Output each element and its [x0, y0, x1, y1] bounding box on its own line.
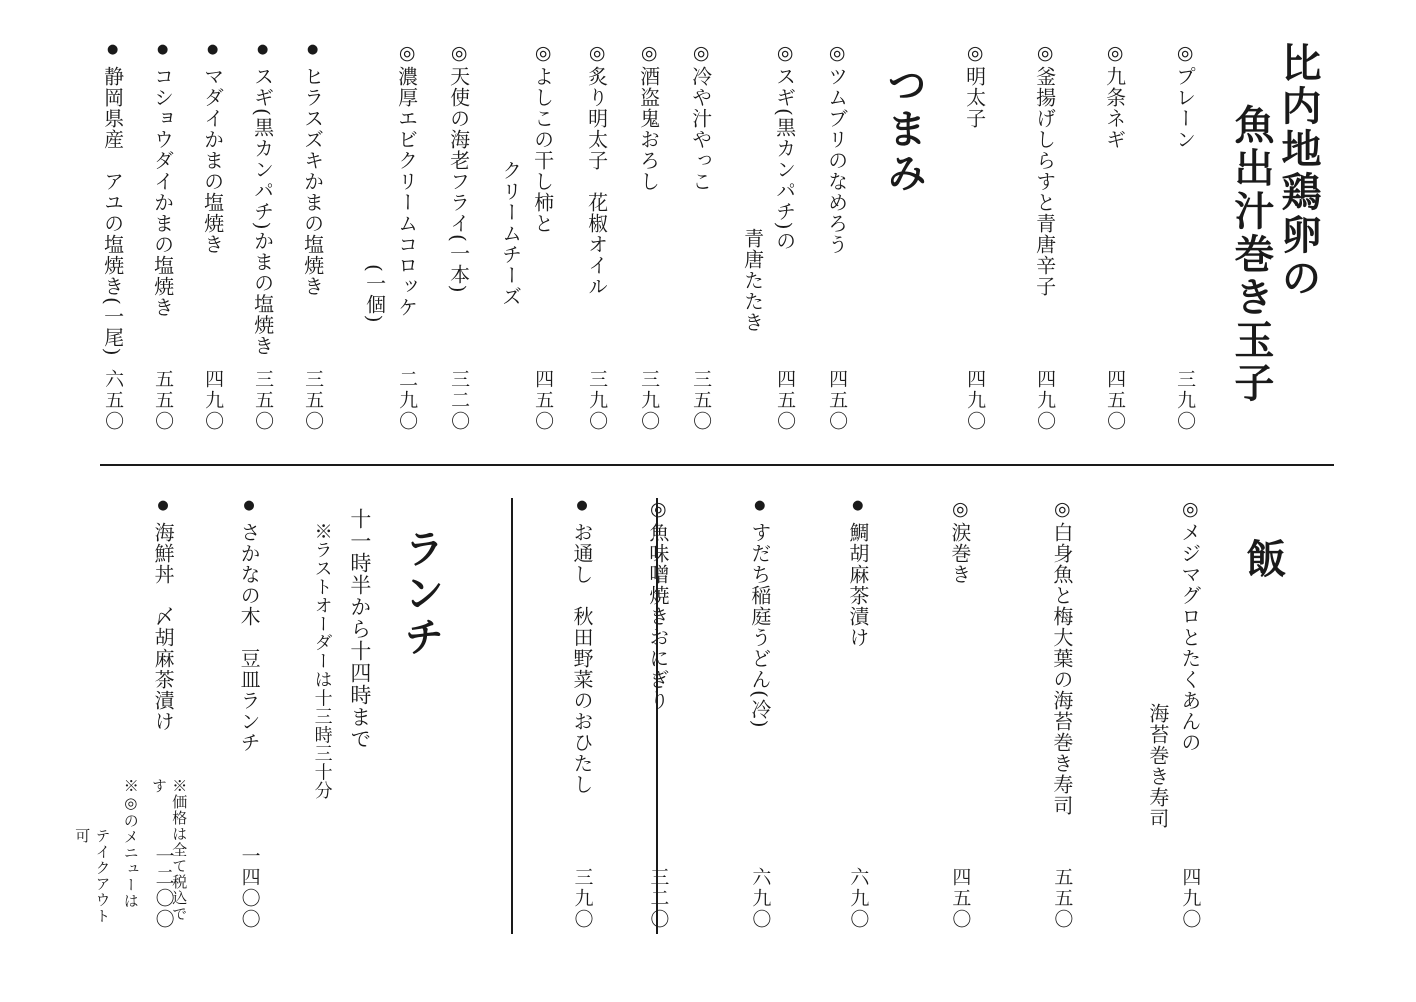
section-header-lunch: ランチ: [397, 498, 445, 930]
menu-page: 比内地鶏卵の 魚出汁巻き玉子 ◎ プレーン 三九〇 ◎ 九条ネギ 四五〇 ◎ 釜…: [0, 0, 1416, 1002]
item-name: 魚味噌焼きおにぎり: [645, 522, 671, 711]
menu-item: ◎ 白身魚と梅大葉の海苔巻き寿司 五五〇: [1049, 498, 1075, 930]
item-name: 涙巻き: [947, 522, 973, 585]
menu-item: ◎ ツムブリのなめろう 四五〇: [824, 42, 850, 432]
item-name: 天使の海老フライ(一本): [446, 66, 472, 294]
menu-item: ● スギ(黒カンパチ)かまの塩焼き 三五〇: [250, 42, 276, 432]
item-line: ● コショウダイかまの塩焼き 五五〇: [150, 42, 176, 432]
item-price: 二九〇: [397, 369, 416, 432]
item-price: 四九〇: [965, 369, 984, 432]
item-line: ◎ 酒盗鬼おろし 三九〇: [636, 42, 662, 432]
item-price: 六五〇: [103, 369, 122, 432]
double-circle-icon: ◎: [965, 42, 984, 66]
item-line: ● マダイかまの塩焼き 四九〇: [200, 42, 226, 432]
takeout-note-line2: テイクアウト可: [72, 778, 113, 936]
item-name: よしこの干し柿と: [530, 66, 556, 234]
bullet-icon: ●: [576, 498, 589, 522]
item-price: 三五〇: [253, 369, 272, 432]
bullet-icon: ●: [306, 42, 319, 66]
item-price: 四九〇: [1035, 369, 1054, 432]
menu-item: ◎ 魚味噌焼きおにぎり 三二〇: [645, 498, 671, 930]
item-name: すだち稲庭うどん(冷): [747, 522, 773, 729]
item-name: さかなの木 豆皿ランチ: [236, 522, 262, 753]
item-name: 九条ネギ: [1102, 66, 1128, 150]
horizontal-divider: [100, 464, 1334, 466]
item-line: ◎ 白身魚と梅大葉の海苔巻き寿司 五五〇: [1049, 498, 1075, 930]
double-circle-icon: ◎: [1105, 42, 1124, 66]
item-name: ヒラスズキかまの塩焼き: [300, 66, 326, 297]
menu-item: ◎ 涙巻き 四五〇: [947, 498, 973, 930]
bullet-icon: ●: [156, 42, 169, 66]
item-price: 五五〇: [153, 369, 172, 432]
menu-item: ◎ 濃厚エビクリームコロッケ 二九〇 (一個): [362, 42, 420, 432]
item-price: 三五〇: [691, 369, 710, 432]
section-header-tsumami: つまみ: [880, 42, 928, 432]
item-price: 六九〇: [750, 867, 769, 930]
item-line: ◎ 涙巻き 四五〇: [947, 498, 973, 930]
item-name: 明太子: [962, 66, 988, 129]
lunch-last-order-note: ※ラストオーダーは十三時三十分: [310, 498, 333, 930]
bullet-icon: ●: [157, 498, 170, 522]
item-name: 炙り明太子 花椒オイル: [584, 66, 610, 297]
item-line: ● スギ(黒カンパチ)かまの塩焼き 三五〇: [250, 42, 276, 432]
menu-item: ◎ 釜揚げしらすと青唐辛子 四九〇: [1032, 42, 1058, 432]
item-line: ● お通し 秋田野菜のおひたし 三九〇: [569, 498, 595, 930]
menu-item: ● コショウダイかまの塩焼き 五五〇: [150, 42, 176, 432]
item-price: 四五〇: [1105, 369, 1124, 432]
item-name-line2: クリームチーズ: [498, 42, 524, 432]
double-circle-icon: ◎: [1180, 498, 1199, 522]
item-line: ◎ 魚味噌焼きおにぎり 三二〇: [645, 498, 671, 930]
item-line: ◎ 明太子 四九〇: [962, 42, 988, 432]
double-circle-icon: ◎: [648, 498, 667, 522]
double-circle-icon: ◎: [397, 42, 416, 66]
item-name-line2: 青唐たたき: [740, 42, 766, 432]
vertical-divider-left: [511, 498, 513, 934]
item-line: ◎ スギ(黒カンパチ)の 四五〇: [772, 42, 798, 432]
item-line: ◎ 冷や汁やっこ 三五〇: [688, 42, 714, 432]
lunch-hours: 十一時半から十四時まで: [347, 498, 373, 930]
item-name: 海鮮丼 〆胡麻茶漬け: [150, 522, 176, 732]
section-otoshi: ● お通し 秋田野菜のおひたし 三九〇: [569, 498, 595, 930]
double-circle-icon: ◎: [639, 42, 658, 66]
item-price: 三九〇: [587, 369, 606, 432]
item-name: マダイかまの塩焼き: [200, 66, 226, 255]
item-price: 四五〇: [533, 369, 552, 432]
item-price: 四五〇: [950, 867, 969, 930]
section-meshi: 飯 ◎ メジマグロとたくあんの 四九〇 海苔巻き寿司 ◎ 白身魚と梅大葉の海苔巻…: [645, 498, 1320, 930]
bullet-icon: ●: [753, 498, 766, 522]
menu-item: ◎ 炙り明太子 花椒オイル 三九〇: [584, 42, 610, 432]
menu-title: 比内地鶏卵の 魚出汁巻き玉子: [1228, 42, 1322, 432]
bullet-icon: ●: [256, 42, 269, 66]
menu-item: ● マダイかまの塩焼き 四九〇: [200, 42, 226, 432]
double-circle-icon: ◎: [1175, 42, 1194, 66]
item-name: スギ(黒カンパチ)の: [772, 66, 798, 252]
item-price: 三九〇: [639, 369, 658, 432]
item-name-line2: 海苔巻き寿司: [1145, 498, 1171, 930]
menu-item: ● お通し 秋田野菜のおひたし 三九〇: [569, 498, 595, 930]
item-line: ● ヒラスズキかまの塩焼き 三五〇: [300, 42, 326, 432]
menu-item: ● 静岡県産 アユの塩焼き(一尾) 六五〇: [100, 42, 126, 432]
menu-item: ◎ 酒盗鬼おろし 三九〇: [636, 42, 662, 432]
item-name: 酒盗鬼おろし: [636, 66, 662, 192]
menu-item: ◎ 九条ネギ 四五〇: [1102, 42, 1128, 432]
section-top: 比内地鶏卵の 魚出汁巻き玉子 ◎ プレーン 三九〇 ◎ 九条ネギ 四五〇 ◎ 釜…: [100, 42, 1322, 432]
bullet-icon: ●: [851, 498, 864, 522]
item-name: 鯛胡麻茶漬け: [845, 522, 871, 648]
item-price: 一四〇〇: [240, 846, 259, 930]
item-name: メジマグロとたくあんの: [1177, 522, 1203, 753]
double-circle-icon: ◎: [691, 42, 710, 66]
item-name: プレーン: [1172, 66, 1198, 150]
menu-item: ● 鯛胡麻茶漬け 六九〇: [845, 498, 871, 930]
item-line: ◎ メジマグロとたくあんの 四九〇: [1177, 498, 1203, 930]
double-circle-icon: ◎: [533, 42, 552, 66]
item-price: 三五〇: [303, 369, 322, 432]
item-price: 四九〇: [1180, 867, 1199, 930]
menu-item: ◎ よしこの干し柿と 四五〇 クリームチーズ: [498, 42, 556, 432]
item-line: ◎ 炙り明太子 花椒オイル 三九〇: [584, 42, 610, 432]
item-price: 三二〇: [648, 867, 667, 930]
takeout-note-line1: ※◎のメニューは: [121, 778, 141, 936]
item-name: 釜揚げしらすと青唐辛子: [1032, 66, 1058, 297]
item-name: コショウダイかまの塩焼き: [150, 66, 176, 318]
item-line: ◎ 九条ネギ 四五〇: [1102, 42, 1128, 432]
double-circle-icon: ◎: [1035, 42, 1054, 66]
menu-item: ◎ 明太子 四九〇: [962, 42, 988, 432]
title-line-2: 魚出汁巻き玉子: [1228, 42, 1275, 432]
menu-item: ● さかなの木 豆皿ランチ 一四〇〇: [236, 498, 262, 930]
menu-item: ● すだち稲庭うどん(冷) 六九〇: [747, 498, 773, 930]
menu-item: ◎ スギ(黒カンパチ)の 四五〇 青唐たたき: [740, 42, 798, 432]
tax-note: ※価格は全て税込です: [149, 778, 190, 936]
item-name: 濃厚エビクリームコロッケ: [394, 66, 420, 318]
item-name: スギ(黒カンパチ)かまの塩焼き: [250, 66, 276, 357]
item-name: 冷や汁やっこ: [688, 66, 714, 192]
item-line: ◎ 濃厚エビクリームコロッケ 二九〇: [394, 42, 420, 432]
item-price: 三九〇: [1175, 369, 1194, 432]
section-header-meshi: 飯: [1239, 498, 1287, 930]
double-circle-icon: ◎: [775, 42, 794, 66]
item-name: 白身魚と梅大葉の海苔巻き寿司: [1049, 522, 1075, 816]
bullet-icon: ●: [243, 498, 256, 522]
item-price: 三二〇: [449, 369, 468, 432]
item-line: ● 静岡県産 アユの塩焼き(一尾) 六五〇: [100, 42, 126, 432]
item-line: ◎ 釜揚げしらすと青唐辛子 四九〇: [1032, 42, 1058, 432]
menu-item: ● ヒラスズキかまの塩焼き 三五〇: [300, 42, 326, 432]
item-name: 静岡県産 アユの塩焼き(一尾): [100, 66, 126, 357]
menu-item: ◎ プレーン 三九〇: [1172, 42, 1198, 432]
section-footnotes: ※価格は全て税込です ※◎のメニューは テイクアウト可: [72, 778, 189, 936]
menu-item: ◎ 天使の海老フライ(一本) 三二〇: [446, 42, 472, 432]
item-line: ◎ 天使の海老フライ(一本) 三二〇: [446, 42, 472, 432]
item-line: ◎ よしこの干し柿と 四五〇: [530, 42, 556, 432]
item-price: 四五〇: [775, 369, 794, 432]
menu-item: ◎ 冷や汁やっこ 三五〇: [688, 42, 714, 432]
item-price: 四九〇: [203, 369, 222, 432]
item-line: ◎ ツムブリのなめろう 四五〇: [824, 42, 850, 432]
section-lunch: ランチ 十一時半から十四時まで ※ラストオーダーは十三時三十分 ● さかなの木 …: [150, 498, 478, 930]
double-circle-icon: ◎: [950, 498, 969, 522]
item-line: ● すだち稲庭うどん(冷) 六九〇: [747, 498, 773, 930]
item-price: 三九〇: [573, 867, 592, 930]
double-circle-icon: ◎: [449, 42, 468, 66]
title-line-1: 比内地鶏卵の: [1275, 42, 1322, 432]
item-line: ● さかなの木 豆皿ランチ 一四〇〇: [236, 498, 262, 930]
bullet-icon: ●: [106, 42, 119, 66]
double-circle-icon: ◎: [1052, 498, 1071, 522]
item-name: お通し 秋田野菜のおひたし: [569, 522, 595, 795]
item-price: 四五〇: [827, 369, 846, 432]
item-line: ◎ プレーン 三九〇: [1172, 42, 1198, 432]
menu-item: ◎ メジマグロとたくあんの 四九〇 海苔巻き寿司: [1145, 498, 1203, 930]
item-price: 五五〇: [1052, 867, 1071, 930]
item-name-line2: (一個): [362, 42, 388, 432]
double-circle-icon: ◎: [827, 42, 846, 66]
item-line: ● 鯛胡麻茶漬け 六九〇: [845, 498, 871, 930]
bullet-icon: ●: [206, 42, 219, 66]
double-circle-icon: ◎: [587, 42, 606, 66]
item-name: ツムブリのなめろう: [824, 66, 850, 255]
item-price: 六九〇: [848, 867, 867, 930]
